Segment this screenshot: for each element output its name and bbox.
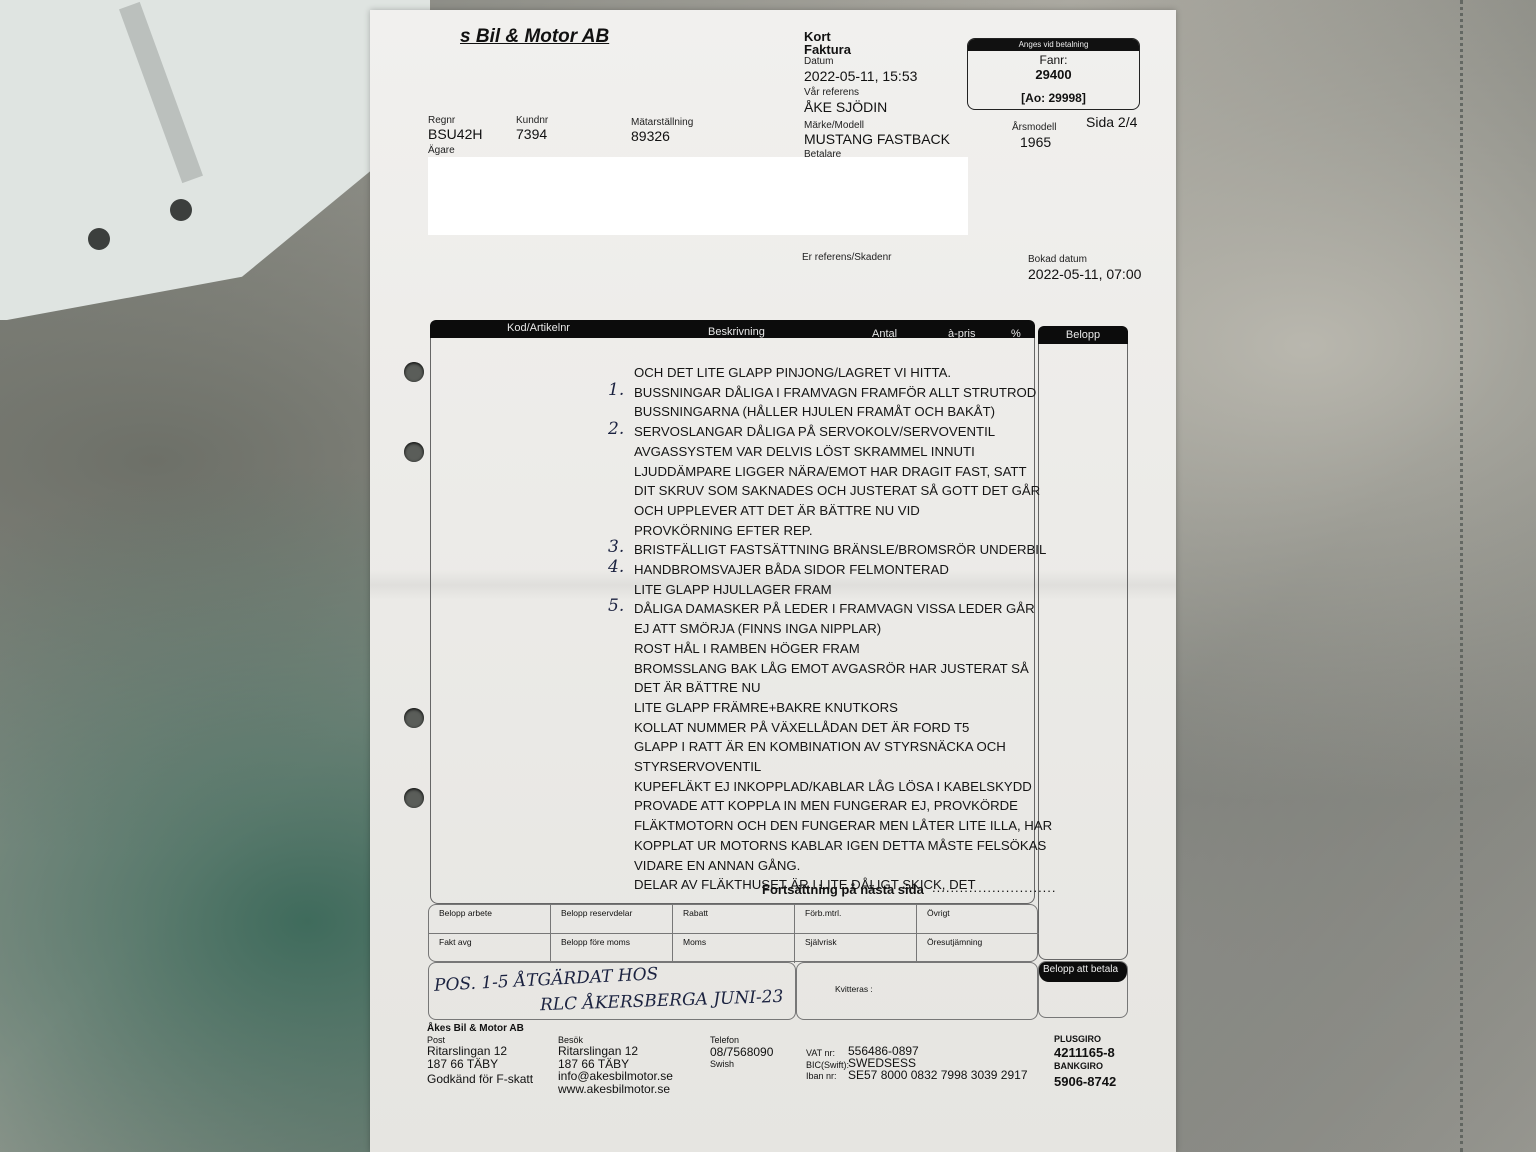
punch-hole	[88, 228, 110, 250]
footer-iban-label: Iban nr:	[806, 1071, 837, 1081]
marke-label: Märke/Modell	[804, 120, 864, 131]
company-name: s Bil & Motor AB	[460, 26, 609, 48]
totals-cell: Självrisk	[795, 934, 917, 963]
totals-cell: Övrigt	[917, 905, 1039, 934]
description-line: DET ÄR BÄTTRE NU	[634, 678, 1052, 698]
footer-post-address: Ritarslingan 12 187 66 TÄBY Godkänd för …	[427, 1045, 533, 1086]
var-referens-label: Vår referens	[804, 87, 859, 98]
smudge	[119, 2, 203, 183]
description-line: KOPPLAT UR MOTORNS KABLAR IGEN DETTA MÅS…	[634, 836, 1052, 856]
description-lines: OCH DET LITE GLAPP PINJONG/LAGRET VI HIT…	[634, 363, 1052, 895]
description-line: ROST HÅL I RAMBEN HÖGER FRAM	[634, 639, 1052, 659]
totals-cell: Moms	[673, 934, 795, 963]
regnr-label: Regnr	[428, 115, 455, 126]
description-line: LJUDDÄMPARE LIGGER NÄRA/EMOT HAR DRAGIT …	[634, 462, 1052, 482]
totals-cell: Förb.mtrl.	[795, 905, 917, 934]
back-sheet: SU42H KRANTZ CARL TH BISPVÄGEN 11 184 61…	[0, 0, 430, 320]
regnr-value: BSU42H	[428, 126, 482, 142]
handwritten-item-number: 4.	[608, 557, 624, 577]
fanr-label: Fanr:	[968, 53, 1139, 67]
description-line: LITE GLAPP HJULLAGER FRAM	[634, 580, 1052, 600]
footer-vat-label: VAT nr:	[806, 1048, 835, 1058]
col-beskrivning: Beskrivning	[708, 326, 765, 338]
handwritten-item-number: 1.	[608, 380, 624, 400]
arsmodell-label: Årsmodell	[1012, 122, 1056, 133]
punch-hole	[404, 788, 424, 808]
description-line: SERVOSLANGAR DÅLIGA PÅ SERVOKOLV/SERVOVE…	[634, 422, 1052, 442]
totals-cell: Rabatt	[673, 905, 795, 934]
footer-email[interactable]: info@akesbilmotor.se	[558, 1070, 673, 1083]
footer-company: Åkes Bil & Motor AB	[427, 1023, 524, 1034]
payment-reference-box: Anges vid betalning Fanr: 29400 [Ao: 299…	[967, 38, 1140, 110]
description-line: PROVADE ATT KOPPLA IN MEN FUNGERAR EJ, P…	[634, 796, 1052, 816]
footer-telefon-label: Telefon	[710, 1035, 739, 1045]
payment-box-header: Anges vid betalning	[968, 39, 1139, 51]
col-kod: Kod/Artikelnr	[507, 322, 570, 334]
handwritten-item-number: 2.	[608, 419, 624, 439]
datum-value: 2022-05-11, 15:53	[804, 68, 917, 84]
description-line: EJ ATT SMÖRJA (FINNS INGA NIPPLAR)	[634, 619, 1052, 639]
arsmodell-value: 1965	[1020, 134, 1051, 150]
redacted-owner-address	[428, 157, 968, 235]
page-number: Sida 2/4	[1086, 114, 1137, 130]
col-belopp: Belopp	[1038, 326, 1128, 344]
continuation-note: Fortsättning på nästa sida	[762, 882, 924, 897]
totals-cell: Belopp reservdelar	[551, 905, 673, 934]
agare-label: Ägare	[428, 145, 455, 156]
datum-label: Datum	[804, 56, 833, 67]
description-line: BRISTFÄLLIGT FASTSÄTTNING BRÄNSLE/BROMSR…	[634, 540, 1052, 560]
description-line: BUSSNINGAR DÅLIGA I FRAMVAGN FRAMFÖR ALL…	[634, 383, 1052, 403]
description-line: OCH DET LITE GLAPP PINJONG/LAGRET VI HIT…	[634, 363, 1052, 383]
description-line: BROMSSLANG BAK LÅG EMOT AVGASRÖR HAR JUS…	[634, 659, 1052, 679]
fabric-seam	[1460, 0, 1463, 1152]
matarstallning-value: 89326	[631, 128, 670, 144]
kundnr-value: 7394	[516, 126, 547, 142]
plusgiro-label: PLUSGIRO	[1054, 1034, 1101, 1044]
handwritten-item-number: 5.	[608, 596, 624, 616]
footer-swish-label: Swish	[710, 1059, 734, 1069]
plusgiro-value: 4211165-8	[1054, 1045, 1115, 1060]
bokad-datum-value: 2022-05-11, 07:00	[1028, 266, 1141, 282]
bankgiro-value: 5906-8742	[1054, 1074, 1116, 1089]
continuation-dots: ...........................	[932, 880, 1057, 895]
footer-bic-label: BIC(Swift):	[806, 1060, 849, 1070]
description-line: HANDBROMSVAJER BÅDA SIDOR FELMONTERAD	[634, 560, 1052, 580]
ao-value: [Ao: 29998]	[968, 91, 1139, 105]
var-referens-value: ÅKE SJÖDIN	[804, 99, 887, 115]
totals-grid: Belopp arbeteBelopp reservdelarRabattFör…	[428, 904, 1038, 962]
kvitteras-box: Kvitteras :	[796, 962, 1038, 1020]
description-line: OCH UPPLEVER ATT DET ÄR BÄTTRE NU VID	[634, 501, 1052, 521]
punch-hole	[404, 442, 424, 462]
description-line: BUSSNINGARNA (HÅLLER HJULEN FRAMÅT OCH B…	[634, 402, 1052, 422]
totals-cell: Belopp arbete	[429, 905, 551, 934]
kundnr-label: Kundnr	[516, 115, 548, 126]
table-header: Kod/Artikelnr Beskrivning Antal à-pris %	[430, 320, 1035, 338]
description-line: DIT SKRUV SOM SAKNADES OCH JUSTERAT SÅ G…	[634, 481, 1052, 501]
punch-hole	[404, 362, 424, 382]
description-line: DÅLIGA DAMASKER PÅ LEDER I FRAMVAGN VISS…	[634, 599, 1052, 619]
belopp-att-betala-box: Belopp att betala	[1038, 961, 1128, 1018]
description-line: STYRSERVOVENTIL	[634, 757, 1052, 777]
description-line: LITE GLAPP FRÄMRE+BAKRE KNUTKORS	[634, 698, 1052, 718]
description-line: FLÄKTMOTORN OCH DEN FUNGERAR MEN LÅTER L…	[634, 816, 1052, 836]
footer-telefon: 08/7568090	[710, 1045, 773, 1059]
footer-website[interactable]: www.akesbilmotor.se	[558, 1083, 673, 1096]
footer-iban: SE57 8000 0832 7998 3039 2917	[848, 1068, 1028, 1082]
description-line: PROVKÖRNING EFTER REP.	[634, 521, 1052, 541]
description-line: VIDARE EN ANNAN GÅNG.	[634, 856, 1052, 876]
marke-value: MUSTANG FASTBACK	[804, 131, 950, 147]
invoice-page: s Bil & Motor AB Regnr BSU42H Kundnr 739…	[370, 10, 1176, 1152]
description-line: KUPEFLÄKT EJ INKOPPLAD/KABLAR LÅG LÖSA I…	[634, 777, 1052, 797]
totals-cell: Belopp före moms	[551, 934, 673, 963]
totals-cell: Fakt avg	[429, 934, 551, 963]
belopp-att-betala-label: Belopp att betala	[1039, 962, 1127, 982]
description-line: KOLLAT NUMMER PÅ VÄXELLÅDAN DET ÄR FORD …	[634, 718, 1052, 738]
description-line: AVGASSYSTEM VAR DELVIS LÖST SKRAMMEL INN…	[634, 442, 1052, 462]
fanr-value: 29400	[968, 67, 1139, 82]
matarstallning-label: Mätarställning	[631, 117, 693, 128]
er-referens-label: Er referens/Skadenr	[802, 252, 892, 263]
kvitteras-label: Kvitteras :	[835, 984, 873, 994]
punch-hole	[404, 708, 424, 728]
footer-besok-address: Ritarslingan 12 187 66 TÄBY info@akesbil…	[558, 1045, 673, 1095]
description-line: GLAPP I RATT ÄR EN KOMBINATION AV STYRSN…	[634, 737, 1052, 757]
bokad-datum-label: Bokad datum	[1028, 254, 1087, 265]
handwritten-item-number: 3.	[608, 537, 624, 557]
totals-cell: Öresutjämning	[917, 934, 1039, 963]
punch-hole	[170, 199, 192, 221]
bankgiro-label: BANKGIRO	[1054, 1061, 1103, 1071]
document-type: Kort Faktura	[804, 30, 851, 56]
